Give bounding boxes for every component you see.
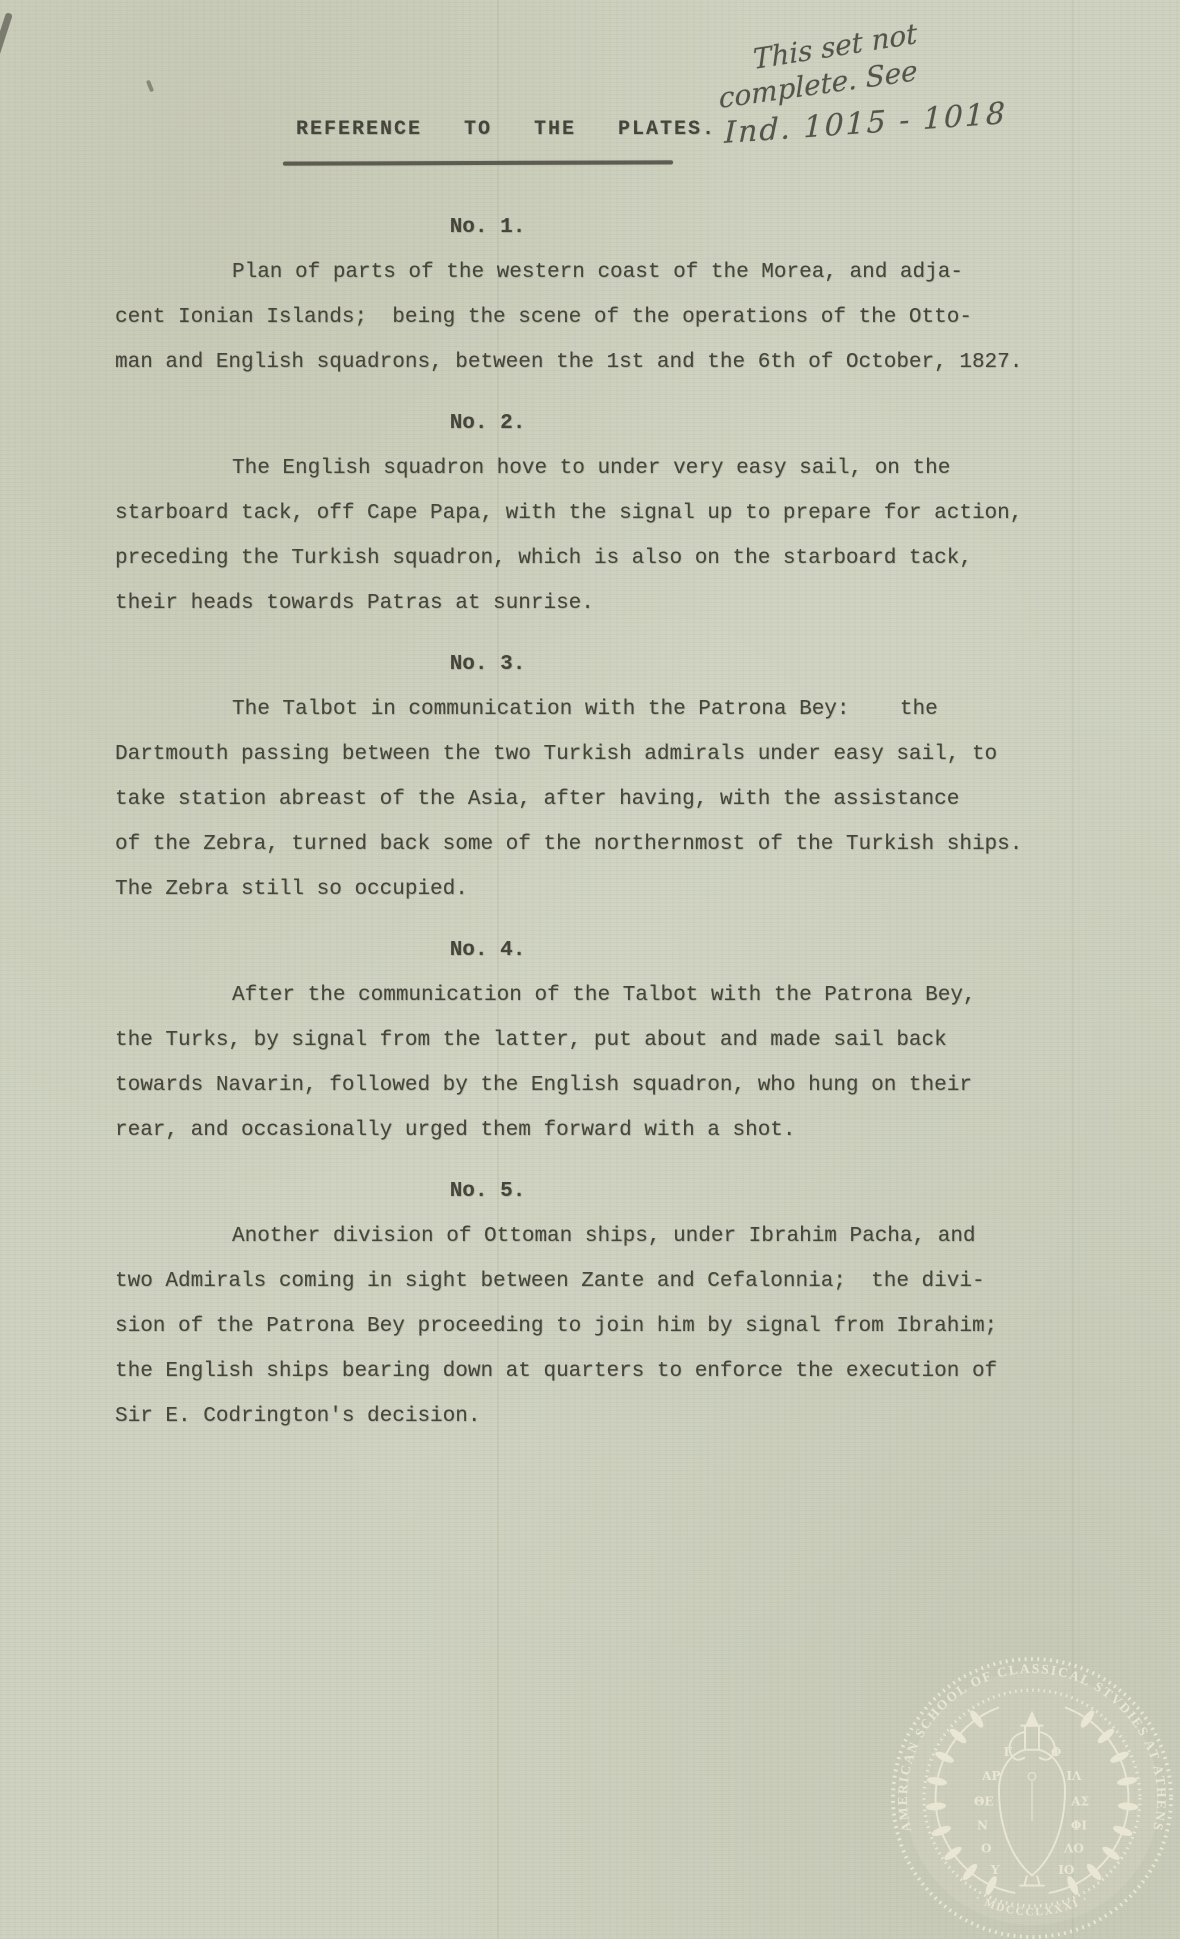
body-line: take station abreast of the Asia, after … [115,777,1080,822]
body-line: The Zebra still so occupied. [115,867,1080,912]
body-line: cent Ionian Islands; being the scene of … [115,295,1080,340]
body-line: two Admirals coming in sight between Zan… [115,1259,1080,1304]
body-line: Another division of Ottoman ships, under… [115,1214,1080,1259]
greek-letter-group: ΑΣ [1070,1795,1089,1809]
greek-letter-group: Υ [990,1863,1000,1877]
section-heading: No. 4. [115,928,860,973]
body-line: of the Zebra, turned back some of the no… [115,822,1080,867]
greek-letter-group: ΑΡ [981,1769,1000,1783]
greek-letter-group: ΙΟ [1058,1863,1074,1877]
institution-seal-stamp: AMERICAN SCHOOL OF CLASSICAL STVDIES AT … [886,1652,1178,1939]
body-line: Dartmouth passing between the two Turkis… [115,732,1080,777]
plate-section-1: No. 1. Plan of parts of the western coas… [115,205,1080,385]
greek-letter-group: ΛΟ [1063,1842,1084,1856]
body-line: sion of the Patrona Bey proceeding to jo… [115,1304,1080,1349]
greek-letter-group: Ν [977,1819,988,1833]
greek-letter-group: Γ [1004,1745,1013,1759]
body-line: The Talbot in communication with the Pat… [115,687,1080,732]
greek-letter-group: ΦΙ [1071,1819,1087,1833]
body-line: their heads towards Patras at sunrise. [115,581,1080,626]
document-body: No. 1. Plan of parts of the western coas… [115,205,1080,1455]
greek-letter-group: ΘΕ [974,1795,994,1809]
plate-section-4: No. 4. After the communication of the Ta… [115,928,1080,1153]
title-underline [283,160,673,165]
greek-letter-group: Ο [981,1842,992,1856]
body-line: rear, and occasionally urged them forwar… [115,1108,1080,1153]
greek-letter-group: ΙΛ [1066,1769,1082,1783]
scan-artifact [0,12,13,64]
body-line: man and English squadrons, between the 1… [115,340,1080,385]
body-line: Plan of parts of the western coast of th… [115,250,1080,295]
body-line: After the communication of the Talbot wi… [115,973,1080,1018]
body-line: preceding the Turkish squadron, which is… [115,536,1080,581]
scan-artifact [146,80,154,93]
section-heading: No. 1. [115,205,860,250]
section-heading: No. 2. [115,401,860,446]
body-line: the English ships bearing down at quarte… [115,1349,1080,1394]
body-line: Sir E. Codrington's decision. [115,1394,1080,1439]
section-heading: No. 5. [115,1169,860,1214]
plate-section-3: No. 3. The Talbot in communication with … [115,642,1080,912]
body-line: towards Navarin, followed by the English… [115,1063,1080,1108]
body-line: the Turks, by signal from the latter, pu… [115,1018,1080,1063]
greek-letter-group: Φ [1051,1745,1062,1759]
plate-section-2: No. 2. The English squadron hove to unde… [115,401,1080,626]
body-line: starboard tack, off Cape Papa, with the … [115,491,1080,536]
body-line: The English squadron hove to under very … [115,446,1080,491]
scanned-document-page: This set not complete. See Ind. 1015 - 1… [0,0,1180,1939]
page-title: REFERENCE TO THE PLATES. [296,118,716,141]
plate-section-5: No. 5. Another division of Ottoman ships… [115,1169,1080,1439]
section-heading: No. 3. [115,642,860,687]
